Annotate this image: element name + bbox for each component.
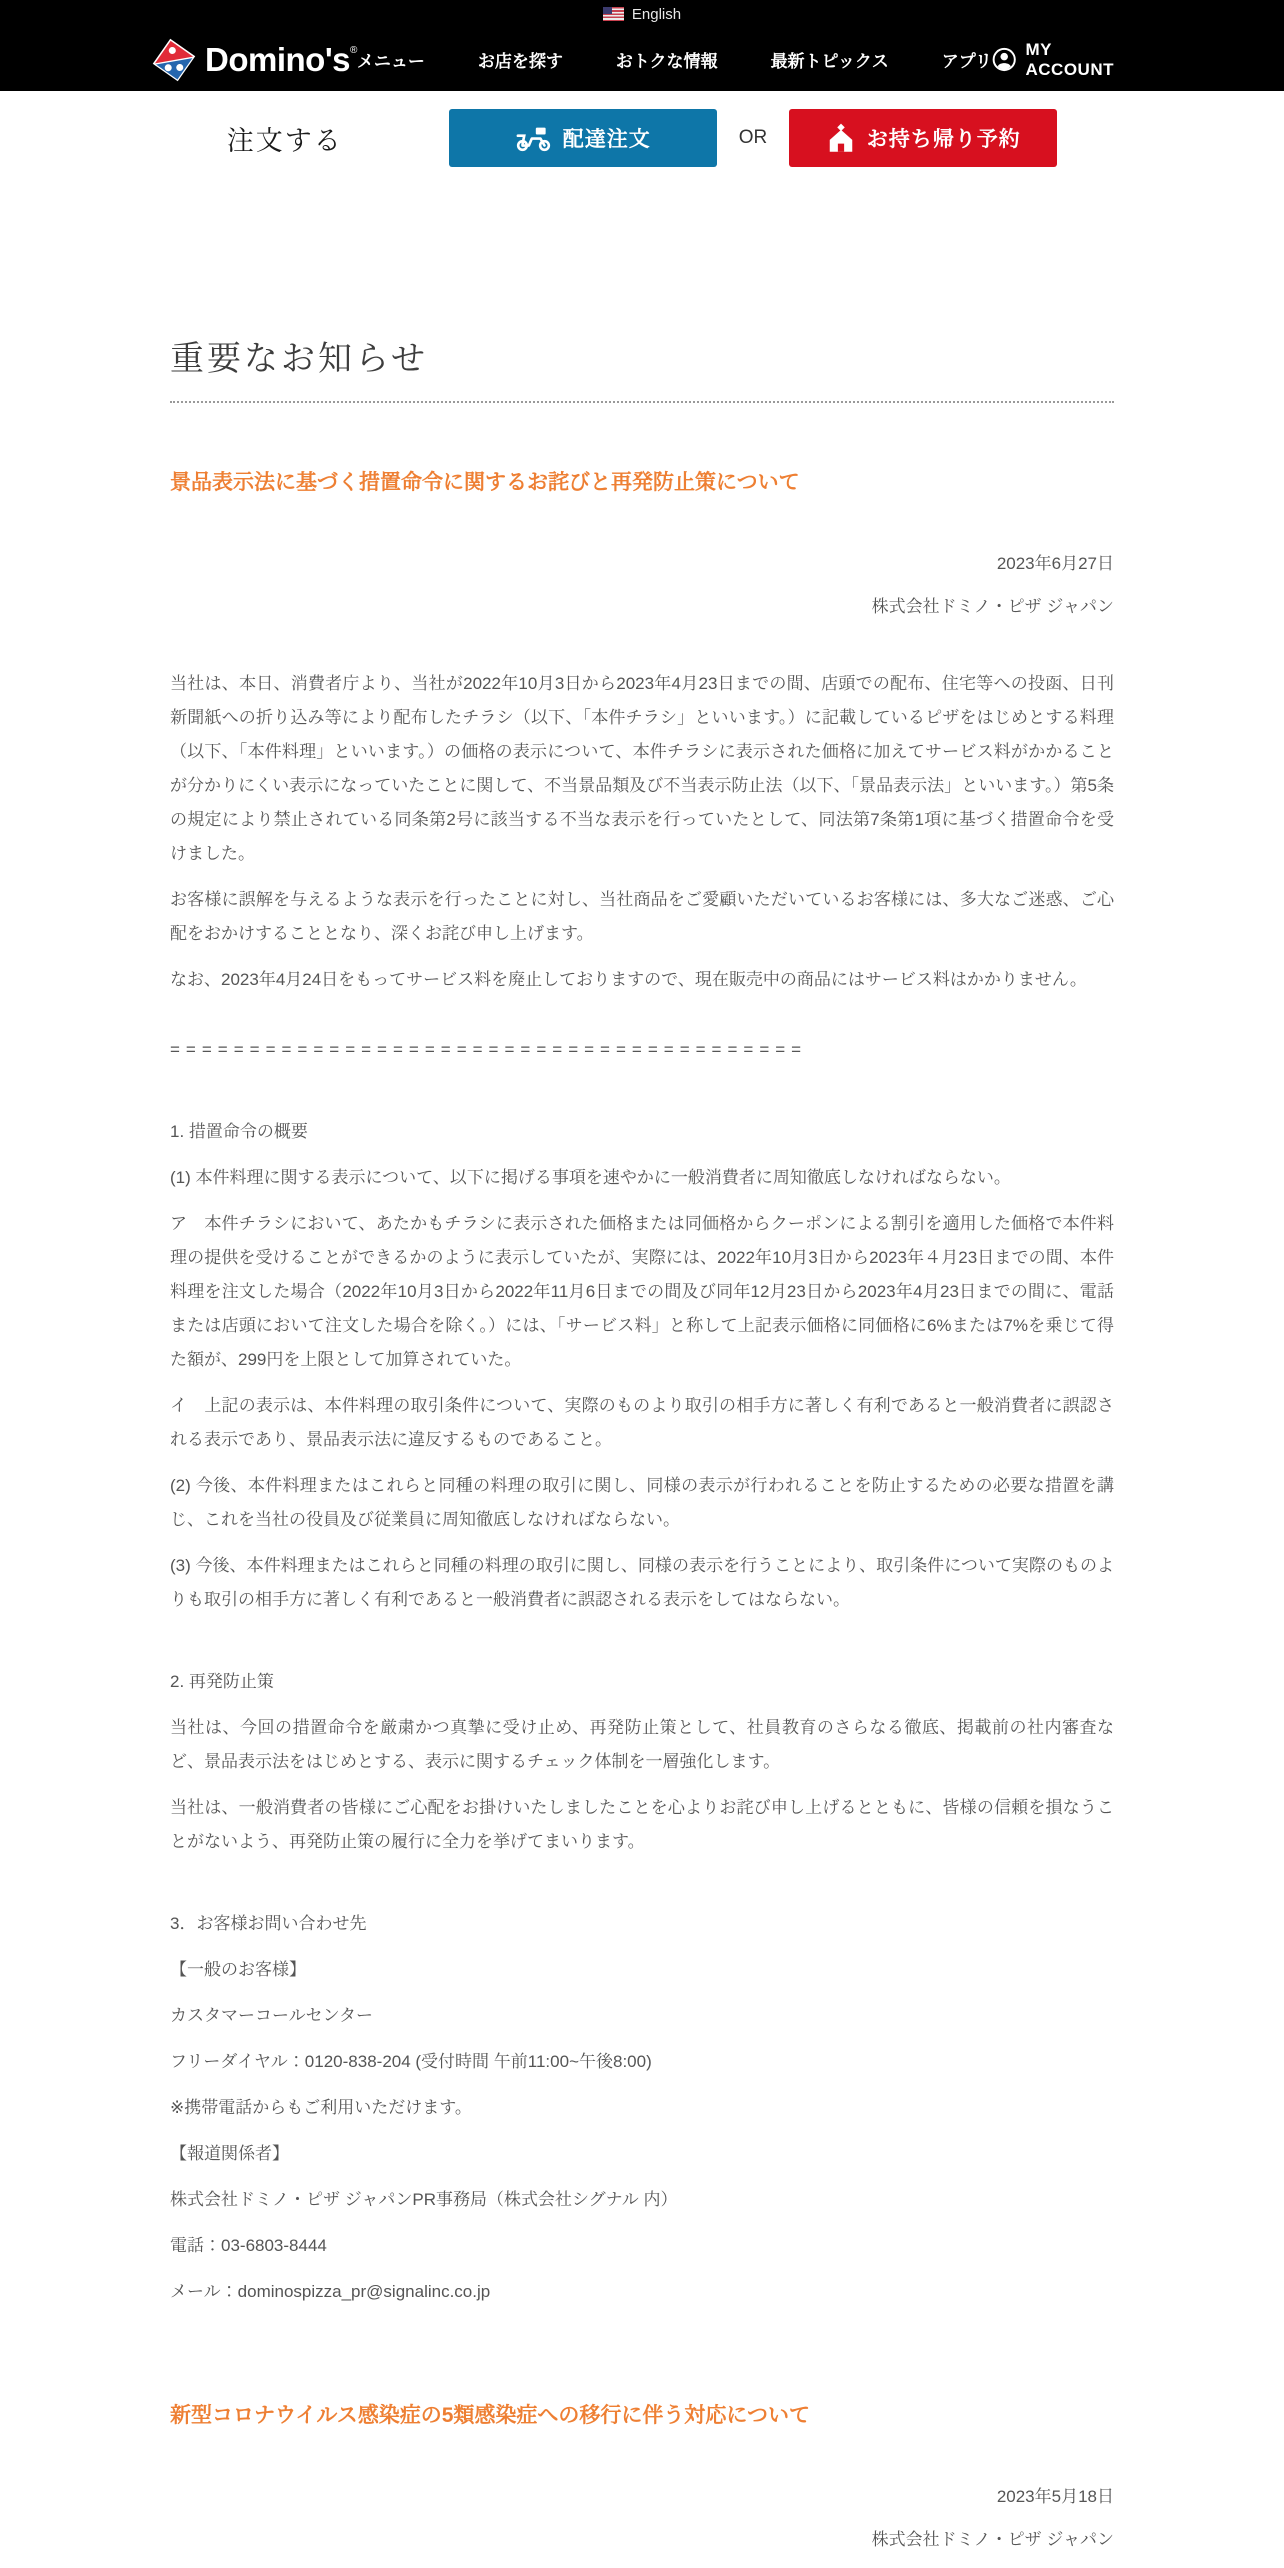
page-title: 重要なお知らせ	[170, 335, 1114, 403]
notice-paragraph: フリーダイヤル：0120-838-204 (受付時間 午前11:00~午後8:0…	[170, 2045, 1114, 2079]
delivery-button-label: 配達注文	[563, 123, 651, 153]
notice-paragraph: 当社は、今回の措置命令を厳粛かつ真摯に受け止め、再発防止策として、社員教育のさら…	[170, 1711, 1114, 1779]
nav-item-app[interactable]: アプリ	[942, 47, 992, 72]
notice1-company: 株式会社ドミノ・ピザ ジャパン	[170, 590, 1114, 624]
delivery-order-button[interactable]: 配達注文	[449, 109, 717, 167]
notice-paragraph: (2) 今後、本件料理またはこれらと同種の料理の取引に関し、同様の表示が行われる…	[170, 1469, 1114, 1537]
my-account-button[interactable]: MY ACCOUNT	[992, 40, 1126, 80]
takeout-house-icon	[826, 123, 856, 153]
notice-paragraph: 【報道関係者】	[170, 2137, 1114, 2171]
notice-article-2: 新型コロナウイルス感染症の5類感染症への移行に伴う対応について 2023年5月1…	[170, 2402, 1114, 2557]
dominos-wordmark: Domino's®	[205, 43, 357, 76]
notice2-company: 株式会社ドミノ・ピザ ジャパン	[170, 2523, 1114, 2557]
notice1-meta: 2023年6月27日 株式会社ドミノ・ピザ ジャパン	[170, 547, 1114, 624]
carryout-order-button[interactable]: お持ち帰り予約	[789, 109, 1057, 167]
dominos-logo[interactable]: Domino's®	[152, 38, 357, 82]
nav-item-latest-topics[interactable]: 最新トピックス	[771, 47, 889, 72]
notice-paragraph: メール：dominospizza_pr@signalinc.co.jp	[170, 2275, 1114, 2309]
nav-item-menu[interactable]: メニュー	[357, 47, 425, 72]
notice-paragraph: (3) 今後、本件料理またはこれらと同種の料理の取引に関し、同様の表示を行うこと…	[170, 1549, 1114, 1617]
or-label: OR	[739, 127, 768, 149]
main-header: Domino's® メニュー お店を探す おトクな情報 最新トピックス アプリ …	[0, 28, 1284, 91]
nav-item-deals[interactable]: おトクな情報	[616, 47, 718, 72]
section-heading: 3．お客様お問い合わせ先	[170, 1907, 1114, 1941]
main-nav: メニュー お店を探す おトクな情報 最新トピックス アプリ	[357, 47, 992, 72]
language-selector[interactable]: English	[603, 6, 681, 23]
language-label: English	[632, 6, 681, 23]
carryout-button-label: お持ち帰り予約	[867, 123, 1021, 153]
notice-paragraph: 電話：03-6803-8444	[170, 2229, 1114, 2263]
notice-paragraph: 当社は、本日、消費者庁より、当社が2022年10月3日から2023年4月23日ま…	[170, 667, 1114, 871]
language-bar: English	[0, 0, 1284, 28]
notice2-meta: 2023年5月18日 株式会社ドミノ・ピザ ジャパン	[170, 2480, 1114, 2557]
notice-paragraph: イ 上記の表示は、本件料理の取引条件について、実際のものより取引の相手方に著しく…	[170, 1389, 1114, 1457]
notice-paragraph: 株式会社ドミノ・ピザ ジャパンPR事務局（株式会社シグナル 内）	[170, 2183, 1114, 2217]
my-account-label: MY ACCOUNT	[1025, 40, 1126, 80]
notice1-headline-link[interactable]: 景品表示法に基づく措置命令に関するお詫びと再発防止策について	[170, 469, 1114, 497]
order-bar: 注文する 配達注文 OR お持ち帰り予約	[0, 91, 1284, 185]
notice-paragraph: 【一般のお客様】	[170, 1953, 1114, 1987]
order-label: 注文する	[227, 119, 343, 158]
person-icon	[992, 45, 1016, 74]
notice-paragraph: お客様に誤解を与えるような表示を行ったことに対し、当社商品をご愛顧いただいている…	[170, 883, 1114, 951]
notice-paragraph: なお、2023年4月24日をもってサービス料を廃止しておりますので、現在販売中の…	[170, 963, 1114, 997]
nav-item-store-locator[interactable]: お店を探す	[478, 47, 563, 72]
notice-article-1: 景品表示法に基づく措置命令に関するお詫びと再発防止策について 2023年6月27…	[170, 469, 1114, 2309]
notice-paragraph: (1) 本件料理に関する表示について、以下に掲げる事項を速やかに一般消費者に周知…	[170, 1161, 1114, 1195]
notice2-date: 2023年5月18日	[170, 2480, 1114, 2514]
domino-tile-icon	[149, 34, 200, 85]
notice-paragraph: ア 本件チラシにおいて、あたかもチラシに表示された価格または同価格からクーポンに…	[170, 1207, 1114, 1377]
notice-paragraph: ※携帯電話からもご利用いただけます。	[170, 2091, 1114, 2125]
notice-paragraph: 当社は、一般消費者の皆様にご心配をお掛けいたしましたことを心よりお詫び申し上げる…	[170, 1791, 1114, 1859]
section-heading: 2. 再発防止策	[170, 1665, 1114, 1699]
notice-paragraph: カスタマーコールセンター	[170, 1999, 1114, 2033]
equals-separator: ========================================	[170, 1033, 1114, 1067]
notice2-headline-link[interactable]: 新型コロナウイルス感染症の5類感染症への移行に伴う対応について	[170, 2402, 1114, 2430]
notice-page: 重要なお知らせ 景品表示法に基づく措置命令に関するお詫びと再発防止策について 2…	[170, 335, 1114, 2557]
notice1-date: 2023年6月27日	[170, 547, 1114, 581]
us-flag-icon	[603, 7, 624, 21]
delivery-scooter-icon	[515, 124, 552, 152]
section-heading: 1. 措置命令の概要	[170, 1115, 1114, 1149]
notice1-body: 当社は、本日、消費者庁より、当社が2022年10月3日から2023年4月23日ま…	[170, 667, 1114, 2309]
